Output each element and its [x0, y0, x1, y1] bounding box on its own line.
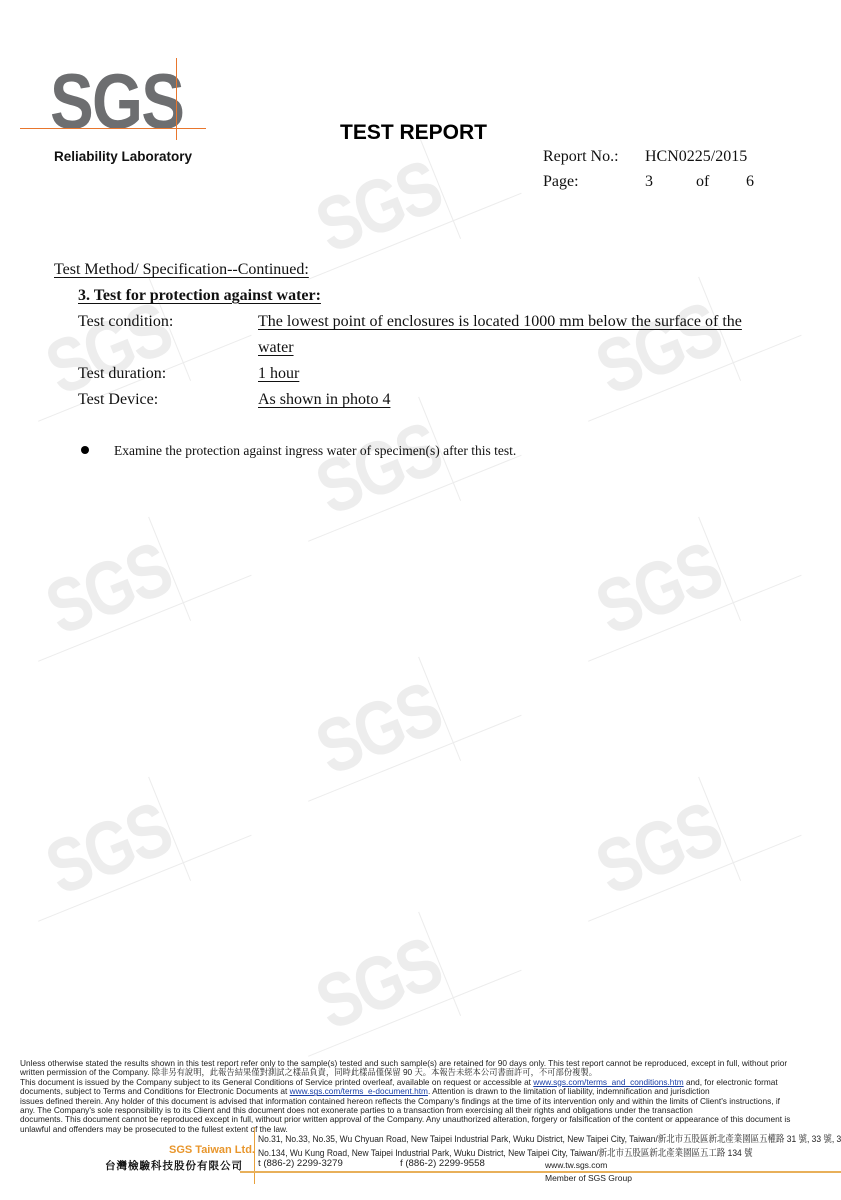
- watermark-line: [418, 657, 461, 761]
- watermark-text: SGS: [587, 531, 731, 648]
- watermark-line: [418, 135, 461, 239]
- test-duration-value: 1 hour: [258, 365, 299, 383]
- address-line-1: No.31, No.33, No.35, Wu Chyuan Road, New…: [258, 1131, 841, 1145]
- bullet-text: Examine the protection against ingress w…: [114, 443, 516, 459]
- watermark: SGS: [13, 757, 243, 943]
- watermark: SGS: [283, 637, 513, 823]
- watermark-text: SGS: [37, 791, 181, 908]
- page-label: Page:: [543, 173, 579, 191]
- report-no: HCN0225/2015: [645, 148, 747, 166]
- watermark-text: SGS: [587, 291, 731, 408]
- watermark: SGS: [13, 497, 243, 683]
- website-link[interactable]: www.tw.sgs.com: [545, 1160, 607, 1170]
- watermark-text: SGS: [307, 149, 451, 266]
- sgs-logo: SGS: [20, 58, 210, 138]
- watermark: SGS: [283, 892, 513, 1078]
- watermark-line: [308, 193, 522, 280]
- watermark-line: [148, 517, 191, 621]
- logo-line: [176, 58, 177, 140]
- watermark-text: SGS: [307, 411, 451, 528]
- page-current: 3: [645, 173, 653, 191]
- watermark-line: [698, 517, 741, 621]
- disclaimer: Unless otherwise stated the results show…: [20, 1059, 825, 1134]
- watermark-line: [308, 970, 522, 1057]
- watermark-line: [308, 715, 522, 802]
- watermark-line: [588, 575, 802, 662]
- e-document-terms-link[interactable]: www.sgs.com/terms_e-document.htm: [290, 1086, 428, 1096]
- bullet-icon: [81, 446, 89, 454]
- footer-rule: [240, 1171, 841, 1173]
- test-device-value: As shown in photo 4: [258, 391, 390, 409]
- section-heading: Test Method/ Specification--Continued:: [54, 261, 309, 279]
- disclaimer-text: documents, subject to Terms and Conditio…: [20, 1086, 290, 1096]
- watermark-line: [418, 912, 461, 1016]
- section-subheading: 3. Test for protection against water:: [78, 287, 321, 305]
- test-condition-value-cont: water: [258, 339, 294, 357]
- page-of: of: [696, 173, 709, 191]
- watermark-text: SGS: [307, 926, 451, 1043]
- watermark-line: [38, 835, 252, 922]
- watermark-line: [38, 575, 252, 662]
- test-device-label: Test Device:: [78, 391, 158, 409]
- watermark-line: [588, 835, 802, 922]
- disclaimer-text: . Attention is drawn to the limitation o…: [428, 1086, 710, 1096]
- page-total: 6: [746, 173, 754, 191]
- watermark: SGS: [563, 257, 793, 443]
- report-no-label: Report No.:: [543, 148, 619, 166]
- watermark-line: [148, 777, 191, 881]
- fax: f (886-2) 2299-9558: [400, 1158, 485, 1169]
- watermark-line: [588, 335, 802, 422]
- test-condition-value: The lowest point of enclosures is locate…: [258, 313, 742, 331]
- watermark-text: SGS: [37, 531, 181, 648]
- lab-name: Reliability Laboratory: [54, 149, 192, 164]
- watermark-line: [698, 777, 741, 881]
- report-title: TEST REPORT: [340, 121, 487, 145]
- watermark: SGS: [13, 257, 243, 443]
- logo-line: [20, 128, 206, 129]
- test-duration-label: Test duration:: [78, 365, 166, 383]
- watermark-line: [308, 455, 522, 542]
- member-text: Member of SGS Group: [545, 1173, 632, 1183]
- telephone: t (886-2) 2299-3279: [258, 1158, 343, 1169]
- company-name-en: SGS Taiwan Ltd.: [169, 1144, 255, 1156]
- company-name-cn: 台灣檢驗科技股份有限公司: [105, 1158, 243, 1173]
- test-condition-label: Test condition:: [78, 313, 173, 331]
- watermark-text: SGS: [587, 791, 731, 908]
- watermark: SGS: [563, 757, 793, 943]
- watermark: SGS: [563, 497, 793, 683]
- watermark-text: SGS: [307, 671, 451, 788]
- address-line-2: No.134, Wu Kung Road, New Taipei Industr…: [258, 1145, 753, 1159]
